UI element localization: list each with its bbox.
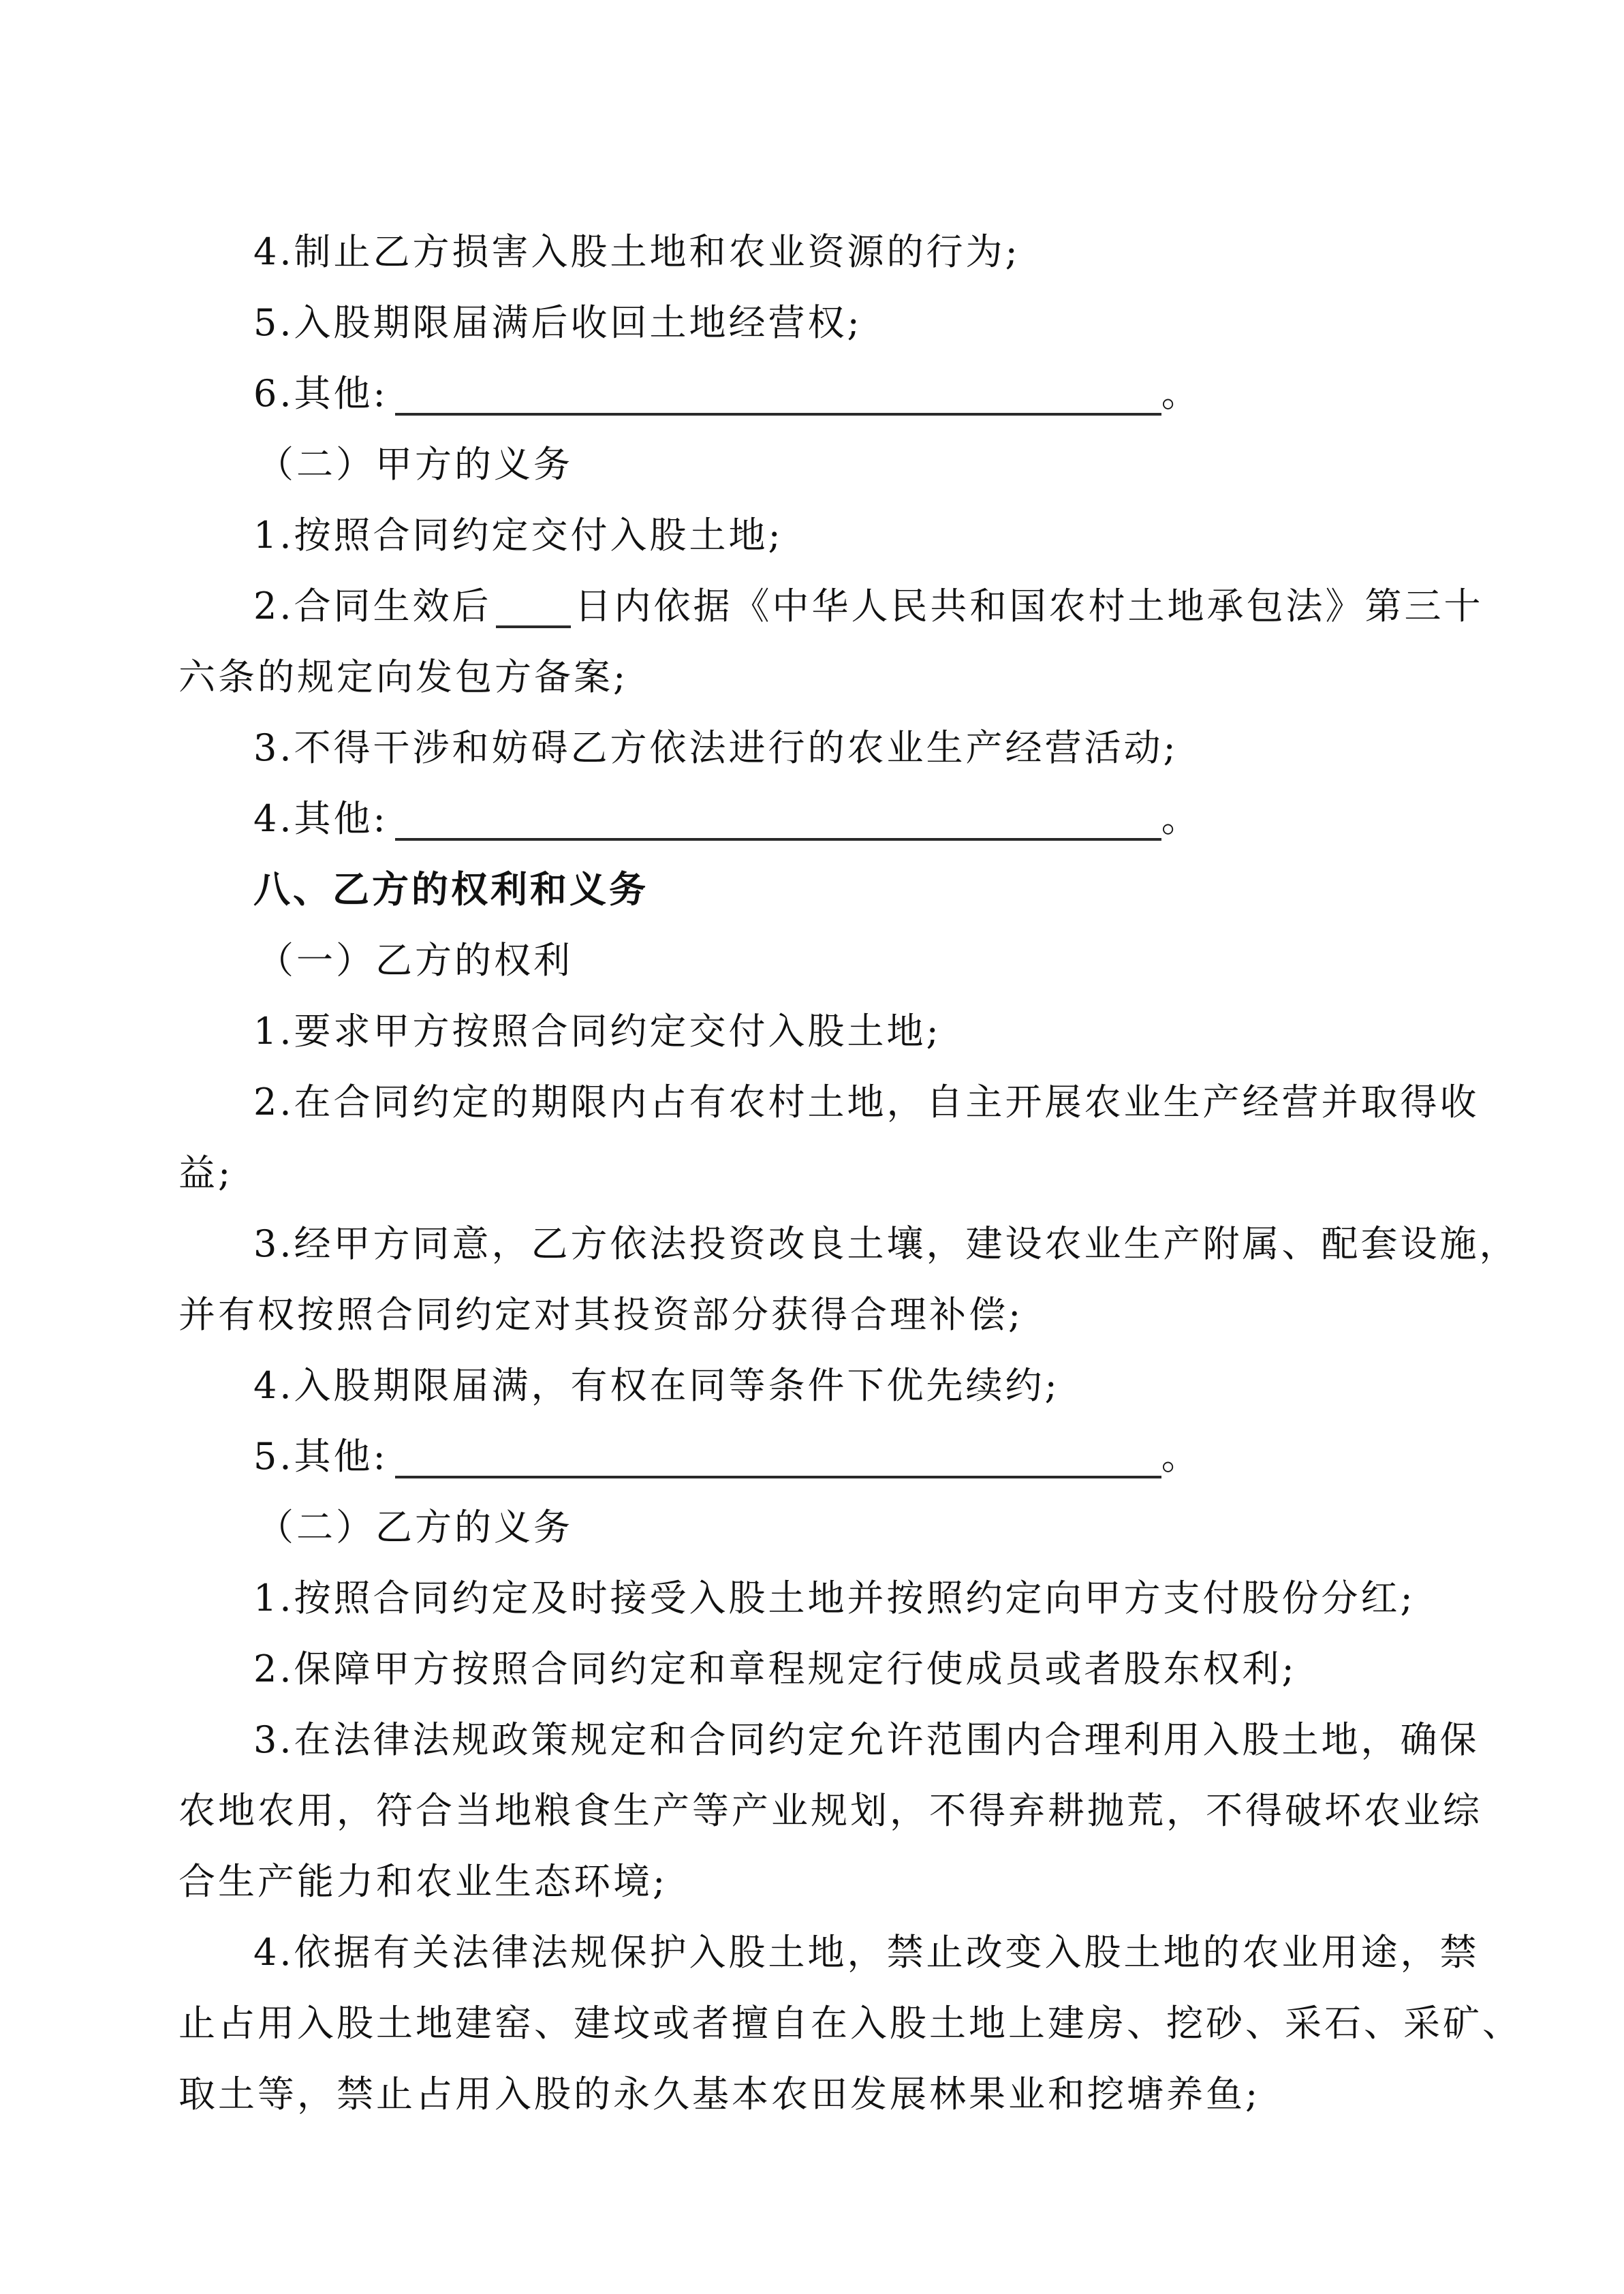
yi-obligation-item-3-cont: 农地农用，符合当地粮食生产等产业规划，不得弃耕抛荒，不得破坏农业综 xyxy=(178,1776,1446,1846)
item-number: 1. xyxy=(253,1577,294,1619)
item-number: 4. xyxy=(253,1931,294,1974)
days-blank[interactable] xyxy=(496,585,571,628)
yi-obligation-item-4-cont2: 取土等，禁止占用入股的永久基本农田发展林果业和挖塘养鱼; xyxy=(178,2059,1446,2130)
item-number: 6. xyxy=(253,372,294,415)
jia-right-item-4: 4.制止乙方损害入股土地和农业资源的行为; xyxy=(178,217,1446,288)
item-text: 按照合同约定及时接受入股土地并按照约定向甲方支付股份分红; xyxy=(294,1577,1416,1619)
item-text: 按照合同约定交付入股土地; xyxy=(294,514,783,557)
yi-obligations-title: （二）乙方的义务 xyxy=(178,1492,1446,1563)
item-text-pre: 合同生效后 xyxy=(294,585,492,627)
jia-right-item-5: 5.入股期限届满后收回土地经营权; xyxy=(178,288,1446,358)
item-number: 4. xyxy=(253,1364,294,1407)
item-text: 制止乙方损害入股土地和农业资源的行为; xyxy=(294,230,1020,273)
yi-right-item-3-cont: 并有权按照合同约定对其投资部分获得合理补偿; xyxy=(178,1280,1446,1350)
jia-obligation-item-2: 2.合同生效后日内依据《中华人民共和国农村土地承包法》第三十 xyxy=(178,571,1446,642)
item-number: 4. xyxy=(253,230,294,273)
item-number: 3. xyxy=(253,726,294,769)
period: 。 xyxy=(1161,372,1201,415)
item-text: 入股期限届满后收回土地经营权; xyxy=(294,301,862,344)
period: 。 xyxy=(1161,1435,1201,1478)
item-text: 入股期限届满，有权在同等条件下优先续约; xyxy=(294,1364,1060,1407)
fill-in-blank[interactable] xyxy=(395,1435,1161,1478)
yi-right-item-1: 1.要求甲方按照合同约定交付入股土地; xyxy=(178,996,1446,1067)
item-text: 在法律法规政策规定和合同约定允许范围内合理利用入股土地，确保 xyxy=(294,1718,1480,1761)
item-label: 其他: xyxy=(294,372,388,415)
item-text: 依据有关法律法规保护入股土地，禁止改变入股土地的农业用途，禁 xyxy=(294,1931,1480,1974)
yi-rights-title: （一）乙方的权利 xyxy=(178,925,1446,996)
jia-right-item-6: 6.其他:。 xyxy=(178,358,1446,429)
item-number: 1. xyxy=(253,1010,294,1053)
item-number: 1. xyxy=(253,514,294,557)
jia-obligation-item-4: 4.其他:。 xyxy=(178,784,1446,854)
item-label: 其他: xyxy=(294,797,388,840)
yi-right-item-4: 4.入股期限届满，有权在同等条件下优先续约; xyxy=(178,1350,1446,1421)
fill-in-blank[interactable] xyxy=(395,797,1161,841)
yi-obligation-item-3-cont2: 合生产能力和农业生态环境; xyxy=(178,1846,1446,1917)
item-text: 在合同约定的期限内占有农村土地，自主开展农业生产经营并取得收 xyxy=(294,1081,1480,1123)
section-heading-eight: 八、乙方的权利和义务 xyxy=(178,854,1446,925)
jia-obligations-title: （二）甲方的义务 xyxy=(178,429,1446,500)
jia-obligation-item-3: 3.不得干涉和妨碍乙方依法进行的农业生产经营活动; xyxy=(178,713,1446,784)
item-number: 4. xyxy=(253,797,294,840)
jia-obligation-item-2-cont: 六条的规定向发包方备案; xyxy=(178,642,1446,713)
yi-obligation-item-2: 2.保障甲方按照合同约定和章程规定行使成员或者股东权利; xyxy=(178,1634,1446,1705)
item-number: 3. xyxy=(253,1718,294,1761)
yi-obligation-item-1: 1.按照合同约定及时接受入股土地并按照约定向甲方支付股份分红; xyxy=(178,1563,1446,1634)
item-label: 其他: xyxy=(294,1435,388,1478)
item-number: 2. xyxy=(253,585,294,627)
yi-right-item-2-cont: 益; xyxy=(178,1138,1446,1209)
jia-obligation-item-1: 1.按照合同约定交付入股土地; xyxy=(178,500,1446,571)
item-number: 5. xyxy=(253,301,294,344)
yi-right-item-3: 3.经甲方同意，乙方依法投资改良土壤，建设农业生产附属、配套设施， xyxy=(178,1209,1446,1280)
document-page: 4.制止乙方损害入股土地和农业资源的行为; 5.入股期限届满后收回土地经营权; … xyxy=(178,217,1446,2130)
period: 。 xyxy=(1161,797,1201,840)
yi-right-item-5: 5.其他:。 xyxy=(178,1421,1446,1492)
item-text-post: 日内依据《中华人民共和国农村土地承包法》第三十 xyxy=(575,585,1484,627)
yi-obligation-item-4: 4.依据有关法律法规保护入股土地，禁止改变入股土地的农业用途，禁 xyxy=(178,1917,1446,1988)
item-text: 保障甲方按照合同约定和章程规定行使成员或者股东权利; xyxy=(294,1647,1297,1690)
item-number: 3. xyxy=(253,1222,294,1265)
item-text: 不得干涉和妨碍乙方依法进行的农业生产经营活动; xyxy=(294,726,1178,769)
fill-in-blank[interactable] xyxy=(395,372,1161,416)
item-number: 5. xyxy=(253,1435,294,1478)
yi-right-item-2: 2.在合同约定的期限内占有农村土地，自主开展农业生产经营并取得收 xyxy=(178,1067,1446,1138)
item-number: 2. xyxy=(253,1647,294,1690)
item-text: 要求甲方按照合同约定交付入股土地; xyxy=(294,1010,941,1053)
item-number: 2. xyxy=(253,1081,294,1123)
yi-obligation-item-4-cont: 止占用入股土地建窑、建坟或者擅自在入股土地上建房、挖砂、采石、采矿、 xyxy=(178,1988,1446,2059)
item-text: 经甲方同意，乙方依法投资改良土壤，建设农业生产附属、配套设施， xyxy=(294,1222,1519,1265)
yi-obligation-item-3: 3.在法律法规政策规定和合同约定允许范围内合理利用入股土地，确保 xyxy=(178,1705,1446,1776)
